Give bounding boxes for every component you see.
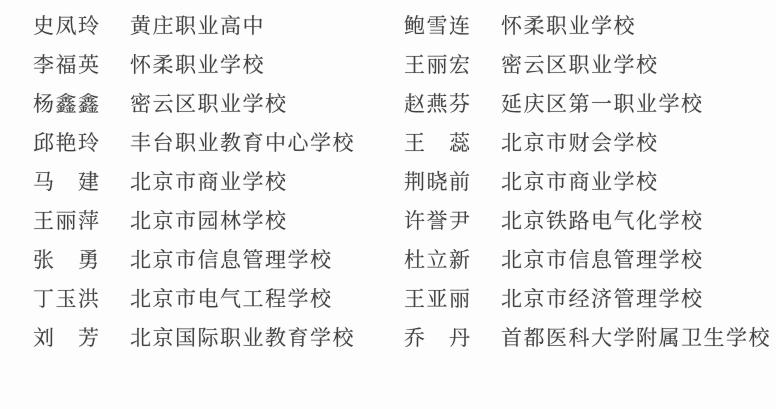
recipient-name: 荆晓前 xyxy=(404,166,501,196)
table-row: 刘 芳 北京国际职业教育学校 xyxy=(33,317,355,356)
recipient-school: 怀柔职业学校 xyxy=(130,49,265,79)
table-row: 荆晓前 北京市商业学校 xyxy=(404,161,771,200)
recipient-school: 北京市经济管理学校 xyxy=(501,283,704,313)
recipient-school: 北京市财会学校 xyxy=(501,127,659,157)
recipient-name: 李福英 xyxy=(33,49,130,79)
table-row: 李福英 怀柔职业学校 xyxy=(33,44,355,83)
recipient-name: 杜立新 xyxy=(404,244,501,274)
recipient-name: 马 建 xyxy=(33,166,130,196)
recipient-school: 首都医科大学附属卫生学校 xyxy=(501,322,771,352)
recipient-name: 王 蕊 xyxy=(404,127,501,157)
recipient-school: 黄庄职业高中 xyxy=(130,10,265,40)
table-row: 史凤玲 黄庄职业高中 xyxy=(33,5,355,44)
recipient-name: 鲍雪连 xyxy=(404,10,501,40)
recipient-name: 许誉尹 xyxy=(404,205,501,235)
recipient-name: 杨鑫鑫 xyxy=(33,88,130,118)
document-page: 史凤玲 黄庄职业高中 李福英 怀柔职业学校 杨鑫鑫 密云区职业学校 邱艳玲 丰台… xyxy=(0,0,776,409)
recipient-name: 邱艳玲 xyxy=(33,127,130,157)
recipient-school: 北京市商业学校 xyxy=(130,166,288,196)
recipient-name: 王丽宏 xyxy=(404,49,501,79)
recipient-school: 北京市电气工程学校 xyxy=(130,283,333,313)
recipient-school: 密云区职业学校 xyxy=(130,88,288,118)
recipient-school: 北京市信息管理学校 xyxy=(501,244,704,274)
recipient-school: 北京市园林学校 xyxy=(130,205,288,235)
table-row: 马 建 北京市商业学校 xyxy=(33,161,355,200)
recipient-school: 延庆区第一职业学校 xyxy=(501,88,704,118)
table-row: 邱艳玲 丰台职业教育中心学校 xyxy=(33,122,355,161)
left-column: 史凤玲 黄庄职业高中 李福英 怀柔职业学校 杨鑫鑫 密云区职业学校 邱艳玲 丰台… xyxy=(33,5,355,356)
table-row: 杜立新 北京市信息管理学校 xyxy=(404,239,771,278)
table-row: 鲍雪连 怀柔职业学校 xyxy=(404,5,771,44)
table-row: 许誉尹 北京铁路电气化学校 xyxy=(404,200,771,239)
recipient-name: 乔 丹 xyxy=(404,322,501,352)
recipient-school: 北京国际职业教育学校 xyxy=(130,322,355,352)
table-row: 张 勇 北京市信息管理学校 xyxy=(33,239,355,278)
recipient-school: 密云区职业学校 xyxy=(501,49,659,79)
table-row: 丁玉洪 北京市电气工程学校 xyxy=(33,278,355,317)
recipient-name: 王丽萍 xyxy=(33,205,130,235)
table-row: 乔 丹 首都医科大学附属卫生学校 xyxy=(404,317,771,356)
recipient-name: 赵燕芬 xyxy=(404,88,501,118)
recipient-school: 丰台职业教育中心学校 xyxy=(130,127,355,157)
table-row: 王 蕊 北京市财会学校 xyxy=(404,122,771,161)
table-row: 王丽宏 密云区职业学校 xyxy=(404,44,771,83)
recipient-name: 王亚丽 xyxy=(404,283,501,313)
recipient-school: 北京市信息管理学校 xyxy=(130,244,333,274)
table-row: 王丽萍 北京市园林学校 xyxy=(33,200,355,239)
recipient-school: 怀柔职业学校 xyxy=(501,10,636,40)
recipient-name: 史凤玲 xyxy=(33,10,130,40)
recipient-name: 丁玉洪 xyxy=(33,283,130,313)
table-row: 王亚丽 北京市经济管理学校 xyxy=(404,278,771,317)
right-column: 鲍雪连 怀柔职业学校 王丽宏 密云区职业学校 赵燕芬 延庆区第一职业学校 王 蕊… xyxy=(404,5,771,356)
table-row: 赵燕芬 延庆区第一职业学校 xyxy=(404,83,771,122)
table-row: 杨鑫鑫 密云区职业学校 xyxy=(33,83,355,122)
recipient-name: 张 勇 xyxy=(33,244,130,274)
recipient-school: 北京市商业学校 xyxy=(501,166,659,196)
recipient-school: 北京铁路电气化学校 xyxy=(501,205,704,235)
recipient-name: 刘 芳 xyxy=(33,322,130,352)
